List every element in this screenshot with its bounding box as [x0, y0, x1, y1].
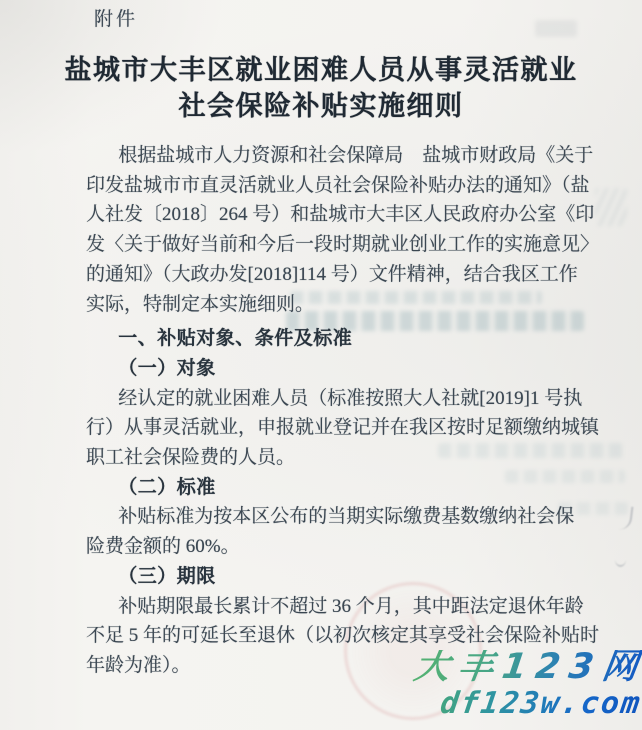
body-line: 职工社会保险费的人员。	[86, 443, 566, 473]
watermark-site-name: 大丰123网	[412, 650, 642, 685]
watermark-site-url: df123w.com	[407, 689, 642, 719]
body-line: 发〈关于做好当前和今后一段时期就业创业工作的实施意见〉	[86, 230, 566, 260]
section-heading: （一）对象	[86, 354, 566, 384]
document-body: 根据盐城市人力资源和社会保障局 盐城市财政局《关于 印发盐城市市直灵活就业人员社…	[86, 141, 566, 681]
body-line: 补贴标准为按本区公布的当期实际缴费基数缴纳社会保	[86, 502, 566, 532]
body-line: 根据盐城市人力资源和社会保障局 盐城市财政局《关于	[86, 141, 566, 171]
title-line-2: 社会保险补贴实施细则	[0, 88, 642, 124]
document-title: 盐城市大丰区就业困难人员从事灵活就业 社会保险补贴实施细则	[0, 52, 642, 124]
stray-pen-mark	[617, 505, 634, 531]
stray-pen-mark	[615, 552, 626, 567]
body-line: 行）从事灵活就业，申报就业登记并在我区按时足额缴纳城镇	[86, 413, 566, 443]
attachment-label: 附件	[94, 7, 138, 33]
scanned-document-page: 附件 盐城市大丰区就业困难人员从事灵活就业 社会保险补贴实施细则 根据盐城市人力…	[0, 0, 642, 730]
section-heading: （三）期限	[86, 562, 566, 592]
body-line: 险费金额的 60%。	[86, 532, 566, 562]
body-line: 实际，特制定本实施细则。	[86, 290, 566, 320]
scan-smudge	[535, 20, 577, 37]
section-heading: 一、补贴对象、条件及标准	[86, 324, 566, 354]
section-heading: （二）标准	[86, 473, 566, 503]
body-line: 的通知》（大政办发[2018]114 号）文件精神，结合我区工作	[86, 260, 566, 290]
body-line: 经认定的就业困难人员（标准按照大人社就[2019]1 号执	[86, 384, 566, 414]
body-line: 人社发〔2018〕264 号）和盐城市大丰区人民政府办公室《印	[86, 200, 566, 230]
title-line-1: 盐城市大丰区就业困难人员从事灵活就业	[0, 52, 642, 88]
body-line: 补贴期限最长累计不超过 36 个月，其中距法定退休年龄	[86, 592, 566, 622]
body-line: 印发盐城市市直灵活就业人员社会保险补贴办法的通知》（盐	[86, 171, 566, 201]
bleedthrough-mark	[595, 188, 627, 226]
site-watermark: 大丰123网 df123w.com	[407, 650, 642, 719]
